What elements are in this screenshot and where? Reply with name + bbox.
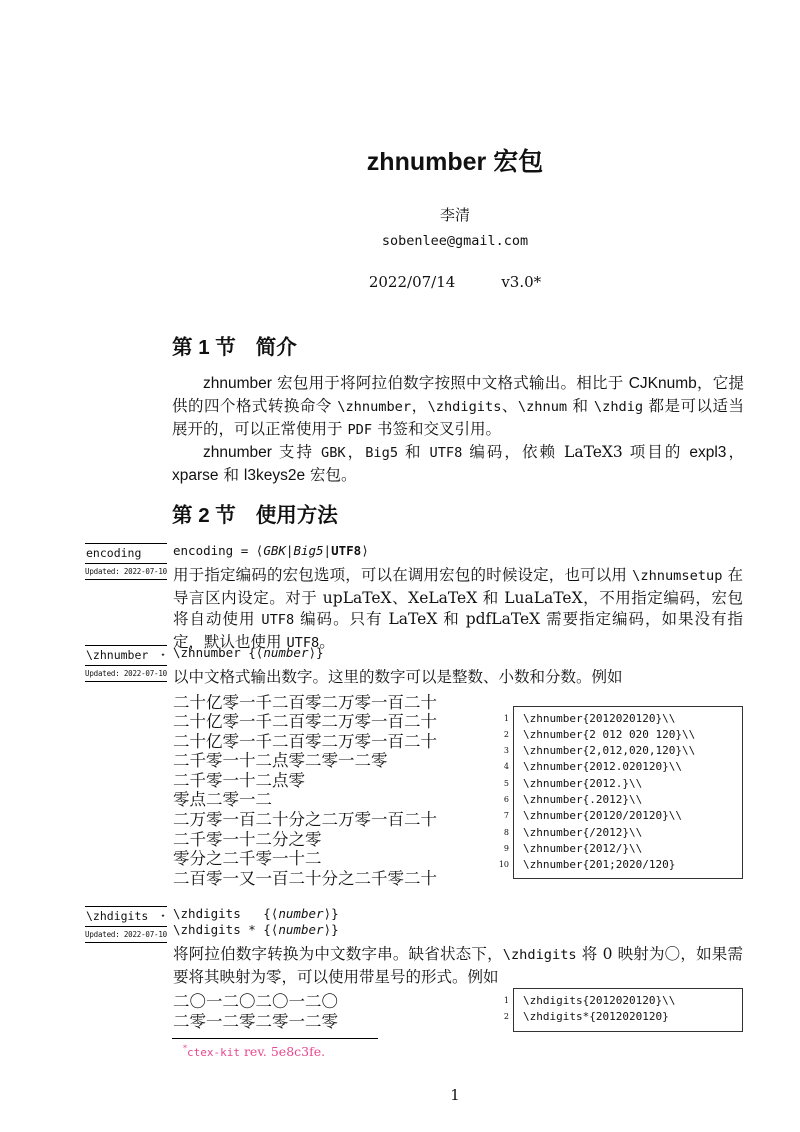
section2-number: 第 2 节 <box>172 498 236 528</box>
margin-updated: Updated: 2022-07-10 <box>85 927 167 943</box>
title-block: zhnumber 宏包 李清 sobenlee@gmail.com 2022/0… <box>170 142 740 291</box>
command-spec: \zhnumber {⟨number⟩} <box>173 645 743 661</box>
section1-heading: 第 1 节 简介 <box>172 330 297 360</box>
star-icon: ⋆ <box>160 650 166 661</box>
entry-body: \zhdigits {⟨number⟩} \zhdigits * {⟨numbe… <box>173 906 743 1032</box>
margin-label-row: \zhnumber ⋆ <box>85 645 167 666</box>
footnote-text: ctex-kit rev. 5e8c3fe. <box>187 1044 325 1059</box>
margin-note-zhdigits: \zhdigits ⋆ Updated: 2022-07-10 <box>85 906 167 943</box>
doc-date: 2022/07/14 <box>369 273 455 291</box>
doc-author: 李清 <box>170 204 740 225</box>
margin-label-row: encoding <box>85 543 167 564</box>
margin-label: \zhdigits <box>86 909 148 923</box>
doc-dateline: 2022/07/14v3.0* <box>170 273 740 291</box>
command-spec-plain: \zhdigits {⟨number⟩} <box>173 906 743 922</box>
example-output-lines: 二十亿零一千二百零二万零一百二十二十亿零一千二百零二万零一百二十二十亿零一千二百… <box>173 693 495 889</box>
margin-label: \zhnumber <box>86 648 148 662</box>
margin-updated: Updated: 2022-07-10 <box>85 666 167 682</box>
section1-paragraph-2: zhnumber 支持 GBK，Big5 和 UTF8 编码，依赖 LaTeX3… <box>172 441 744 487</box>
margin-label-row: \zhdigits ⋆ <box>85 906 167 927</box>
example-output-lines: 二〇一二〇二〇一二〇二零一二零二零一二零 <box>173 992 495 1031</box>
option-description: 用于指定编码的宏包选项，可以在调用宏包的时候设定，也可以用 \zhnumsetu… <box>173 565 743 654</box>
option-spec: encoding = ⟨GBK|Big5|UTF8⟩ <box>173 543 743 559</box>
section1-title: 简介 <box>256 330 297 360</box>
command-spec-starred: \zhdigits * {⟨number⟩} <box>173 922 743 938</box>
doc-email: sobenlee@gmail.com <box>170 233 740 249</box>
footnote: *ctex-kit rev. 5e8c3fe. <box>183 1044 325 1059</box>
command-description: 以中文格式输出数字。这里的数字可以是整数、小数和分数。例如 <box>173 667 743 689</box>
code-listing: 12\zhdigits{2012020120}\\\zhdigits*{2012… <box>495 988 743 1032</box>
margin-note-encoding: encoding Updated: 2022-07-10 <box>85 543 167 580</box>
page-number: 1 <box>170 1086 740 1104</box>
doc-version: v3.0* <box>501 273 541 291</box>
entry-body: encoding = ⟨GBK|Big5|UTF8⟩ 用于指定编码的宏包选项，可… <box>173 543 743 654</box>
margin-note-zhnumber: \zhnumber ⋆ Updated: 2022-07-10 <box>85 645 167 682</box>
code-listing: 12345678910\zhnumber{2012020120}\\\zhnum… <box>495 706 743 880</box>
section1-body: zhnumber 宏包用于将阿拉伯数字按照中文格式输出。相比于 CJKnumb，… <box>172 372 744 487</box>
star-icon: ⋆ <box>160 911 166 922</box>
section2-heading: 第 2 节 使用方法 <box>172 498 338 528</box>
section1-number: 第 1 节 <box>172 330 236 360</box>
section2-title: 使用方法 <box>256 498 338 528</box>
example-row: 二〇一二〇二〇一二〇二零一二零二零一二零 12\zhdigits{2012020… <box>173 992 743 1032</box>
margin-updated: Updated: 2022-07-10 <box>85 564 167 580</box>
footnote-rule <box>172 1038 378 1039</box>
margin-label: encoding <box>86 546 141 560</box>
entry-encoding: encoding Updated: 2022-07-10 encoding = … <box>85 543 743 654</box>
document-page: zhnumber 宏包 李清 sobenlee@gmail.com 2022/0… <box>0 0 800 1132</box>
entry-zhnumber: \zhnumber ⋆ Updated: 2022-07-10 \zhnumbe… <box>85 645 743 888</box>
command-description: 将阿拉伯数字转换为中文数字串。缺省状态下，\zhdigits 将 0 映射为〇，… <box>173 944 743 988</box>
section1-paragraph-1: zhnumber 宏包用于将阿拉伯数字按照中文格式输出。相比于 CJKnumb，… <box>172 372 744 441</box>
entry-body: \zhnumber {⟨number⟩} 以中文格式输出数字。这里的数字可以是整… <box>173 645 743 888</box>
example-row: 二十亿零一千二百零二万零一百二十二十亿零一千二百零二万零一百二十二十亿零一千二百… <box>173 693 743 889</box>
doc-title: zhnumber 宏包 <box>170 142 740 178</box>
entry-zhdigits: \zhdigits ⋆ Updated: 2022-07-10 \zhdigit… <box>85 906 743 1032</box>
